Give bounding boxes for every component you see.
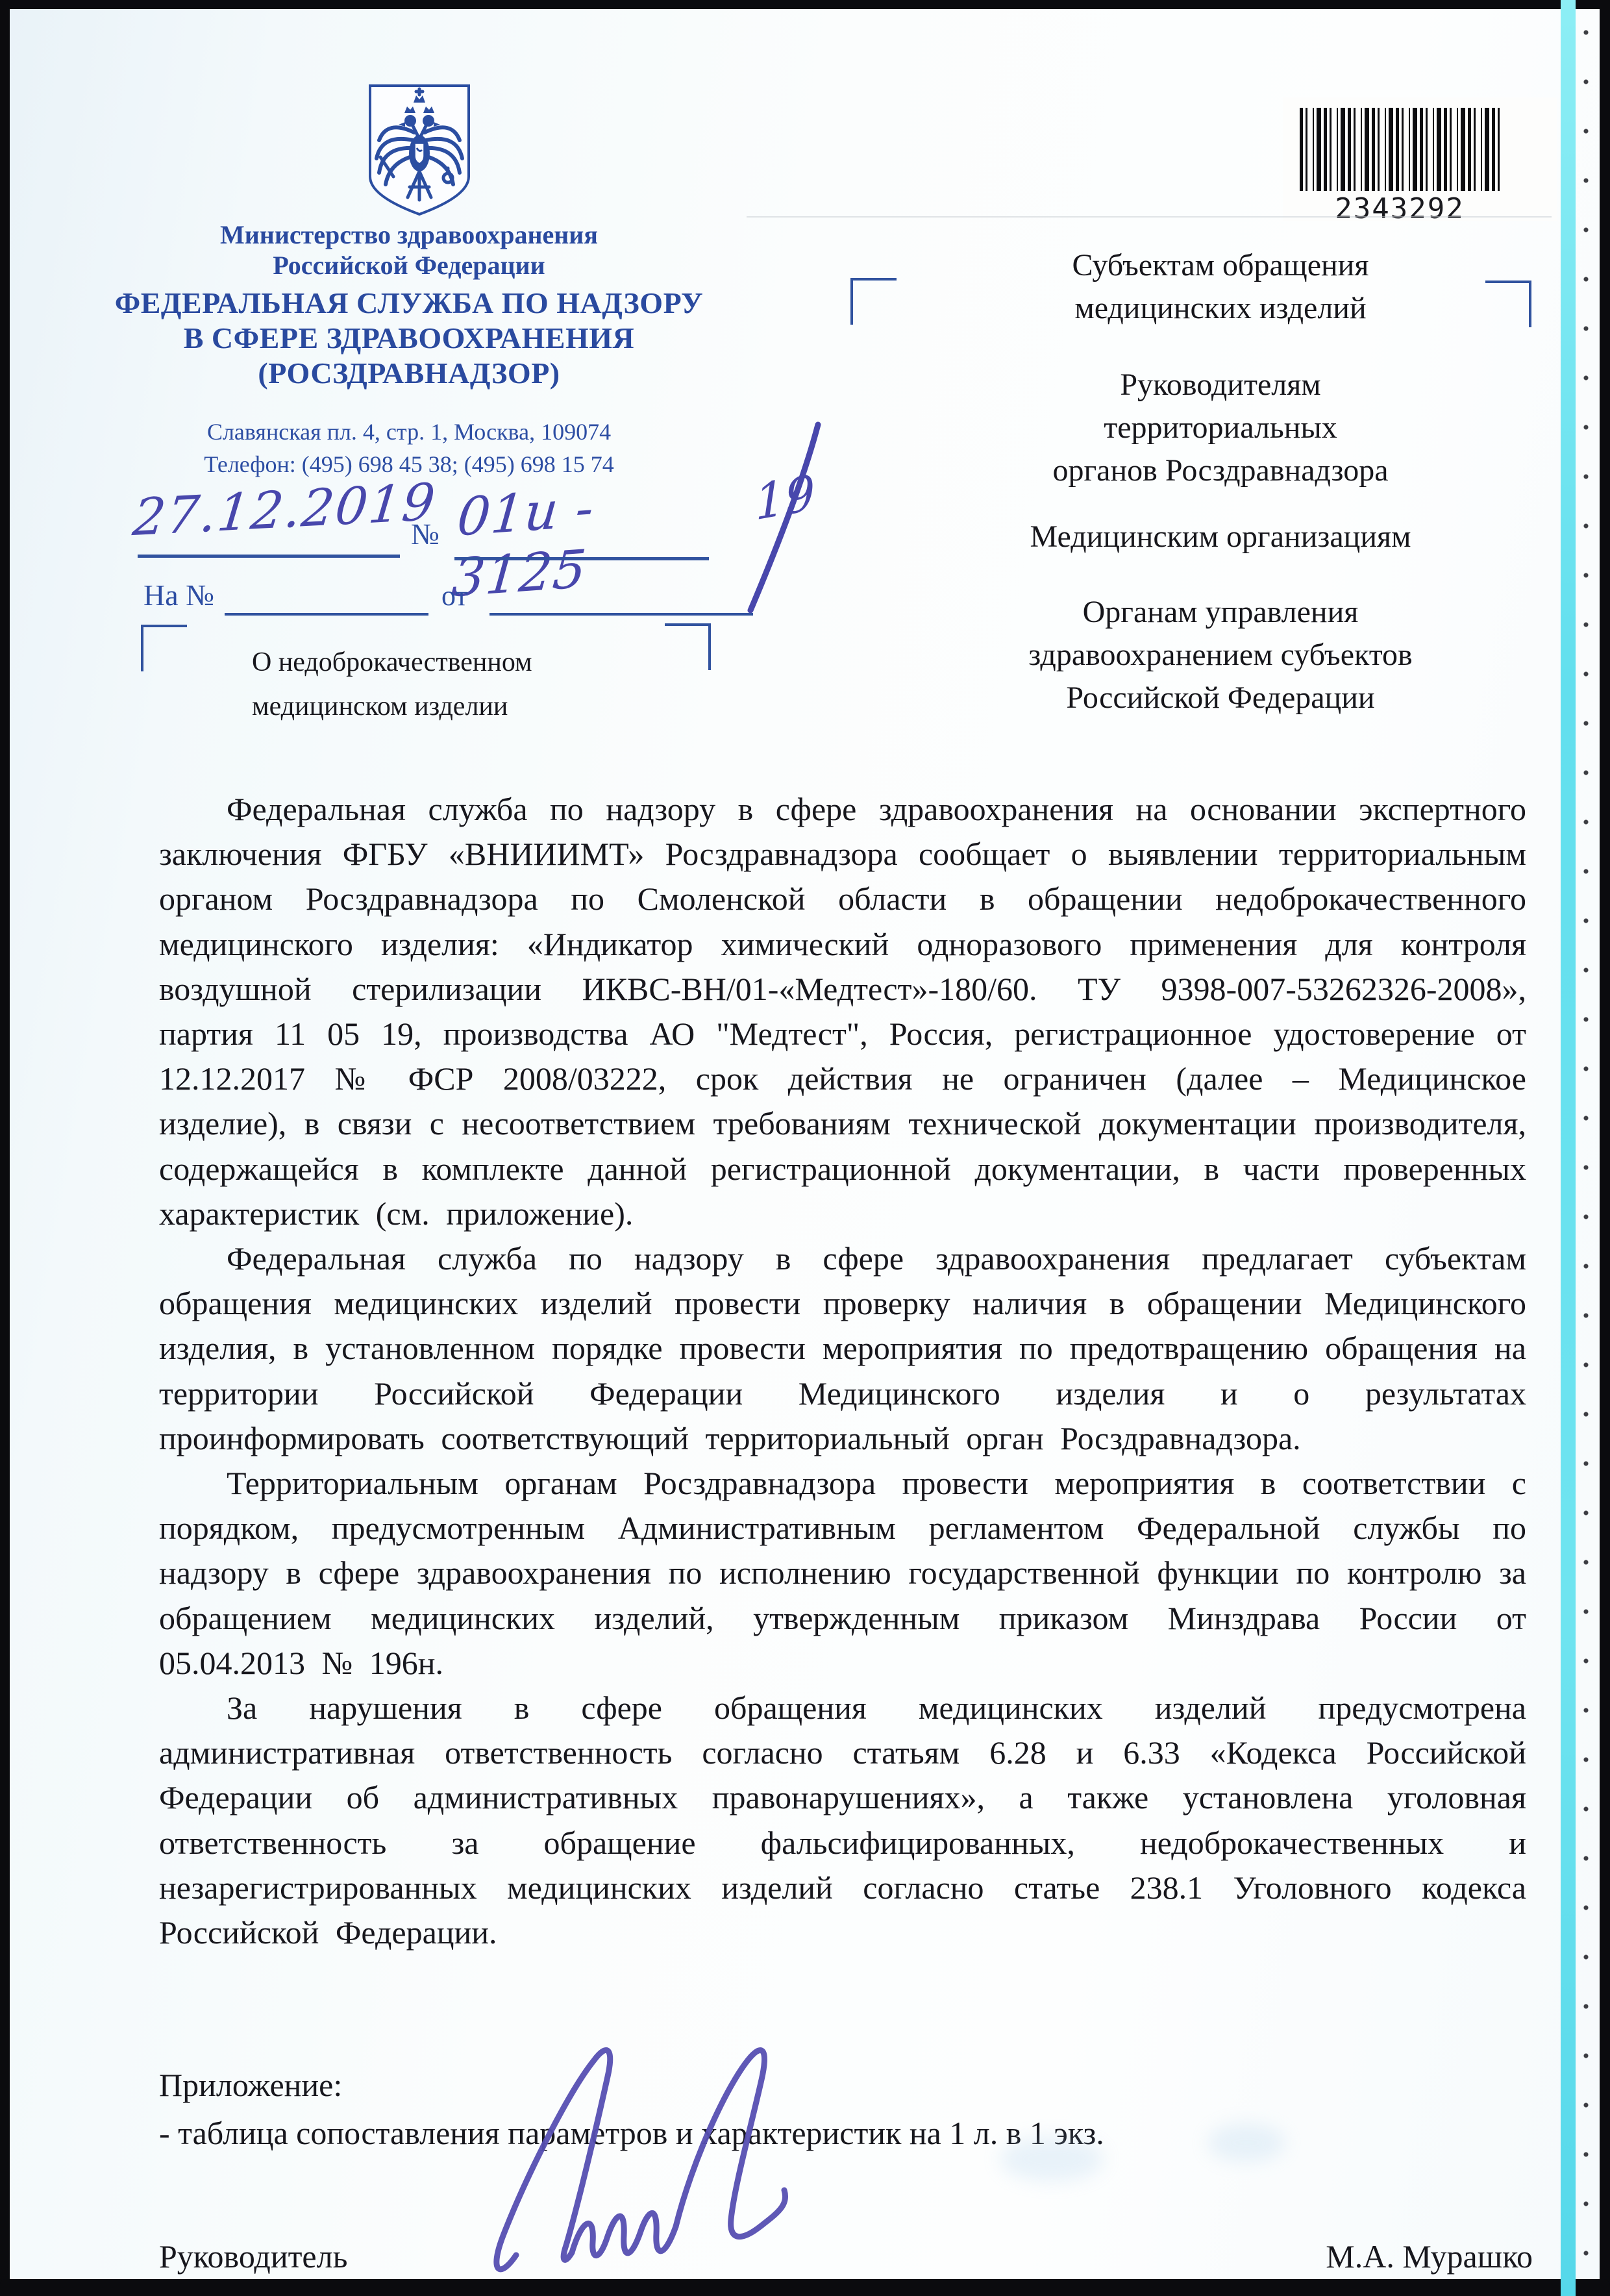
- corner-bracket-icon: [141, 625, 187, 671]
- ministry-name: Министерство здравоохранения Российской …: [117, 219, 701, 281]
- scan-perforation-dots: [1580, 26, 1592, 2279]
- ministry-line: Министерство здравоохранения: [117, 219, 701, 250]
- corner-bracket-icon: [850, 278, 897, 325]
- scan-smudge: [1207, 2123, 1285, 2162]
- barcode-icon: [1300, 108, 1500, 191]
- body-paragraph: Федеральная служба по надзору в сфере зд…: [159, 1236, 1526, 1461]
- body-paragraph: За нарушения в сфере обращения медицинск…: [159, 1686, 1526, 1955]
- scan-line-artifact: [747, 216, 1552, 218]
- number-underline: [454, 557, 709, 560]
- recipient-line: территориальных: [914, 406, 1527, 449]
- scan-smudge: [1000, 2136, 1104, 2182]
- barcode-number: 2343292: [1300, 192, 1500, 225]
- recipient-block: Медицинским организациям: [914, 516, 1527, 558]
- scanned-letter-page: Министерство здравоохранения Российской …: [0, 0, 1610, 2296]
- scan-edge-top: [0, 0, 1610, 9]
- reply-date-blank-line: [489, 613, 753, 616]
- agency-line: ФЕДЕРАЛЬНАЯ СЛУЖБА ПО НАДЗОРУ: [68, 286, 750, 321]
- signoff-row: Руководитель М.А. Мурашко: [159, 2238, 1533, 2275]
- scan-edge-left: [0, 0, 10, 2296]
- handwritten-date: 27.12.2019: [130, 475, 409, 548]
- agency-line: (РОСЗДРАВНАДЗОР): [68, 356, 750, 391]
- body-paragraph: Федеральная служба по надзору в сфере зд…: [159, 787, 1526, 1236]
- attachment-label: Приложение:: [159, 2066, 342, 2104]
- reply-number-blank-line: [225, 613, 428, 616]
- recipient-line: органов Росздравнадзора: [914, 449, 1527, 492]
- agency-name: ФЕДЕРАЛЬНАЯ СЛУЖБА ПО НАДЗОРУ В СФЕРЕ ЗД…: [68, 286, 750, 391]
- recipient-block: Субъектам обращения медицинских изделий: [914, 244, 1527, 330]
- reply-to-label: На №: [143, 578, 214, 612]
- handwritten-outgoing-number: 01и - 3125: [449, 468, 732, 609]
- ministry-line: Российской Федерации: [117, 250, 701, 281]
- recipient-line: Субъектам обращения: [914, 244, 1527, 287]
- agency-address: Славянская пл. 4, стр. 1, Москва, 109074: [101, 416, 717, 448]
- scan-cyan-strip: [1561, 0, 1576, 2296]
- recipient-line: Российской Федерации: [914, 677, 1527, 719]
- subject-line: О недоброкачественном: [252, 640, 615, 684]
- recipient-line: Органам управления: [914, 591, 1527, 634]
- recipient-block: Органам управления здравоохранением субъ…: [914, 591, 1527, 719]
- subject: О недоброкачественном медицинском издели…: [252, 640, 615, 729]
- signer-position: Руководитель: [159, 2238, 347, 2275]
- subject-line: медицинском изделии: [252, 684, 615, 729]
- agency-line: В СФЕРЕ ЗДРАВООХРАНЕНИЯ: [68, 321, 750, 356]
- recipient-block: Руководителям территориальных органов Ро…: [914, 364, 1527, 492]
- letter-body: Федеральная служба по надзору в сфере зд…: [159, 787, 1526, 1955]
- corner-bracket-icon: [665, 623, 711, 670]
- russia-coat-of-arms-icon: [364, 81, 475, 218]
- reply-from-label: от: [441, 579, 468, 612]
- body-paragraph: Территориальным органам Росздравнадзора …: [159, 1461, 1526, 1686]
- recipient-line: здравоохранением субъектов: [914, 634, 1527, 677]
- signer-name: М.А. Мурашко: [1326, 2238, 1533, 2275]
- date-underline: [138, 555, 400, 558]
- recipient-line: медицинских изделий: [914, 287, 1527, 330]
- number-sign: №: [411, 517, 440, 551]
- handwritten-number-suffix: 19: [754, 464, 816, 531]
- agency-contacts: Славянская пл. 4, стр. 1, Москва, 109074…: [101, 416, 717, 480]
- recipient-line: Руководителям: [914, 364, 1527, 406]
- recipient-line: Медицинским организациям: [914, 516, 1527, 558]
- scan-edge-right: [1600, 0, 1610, 2296]
